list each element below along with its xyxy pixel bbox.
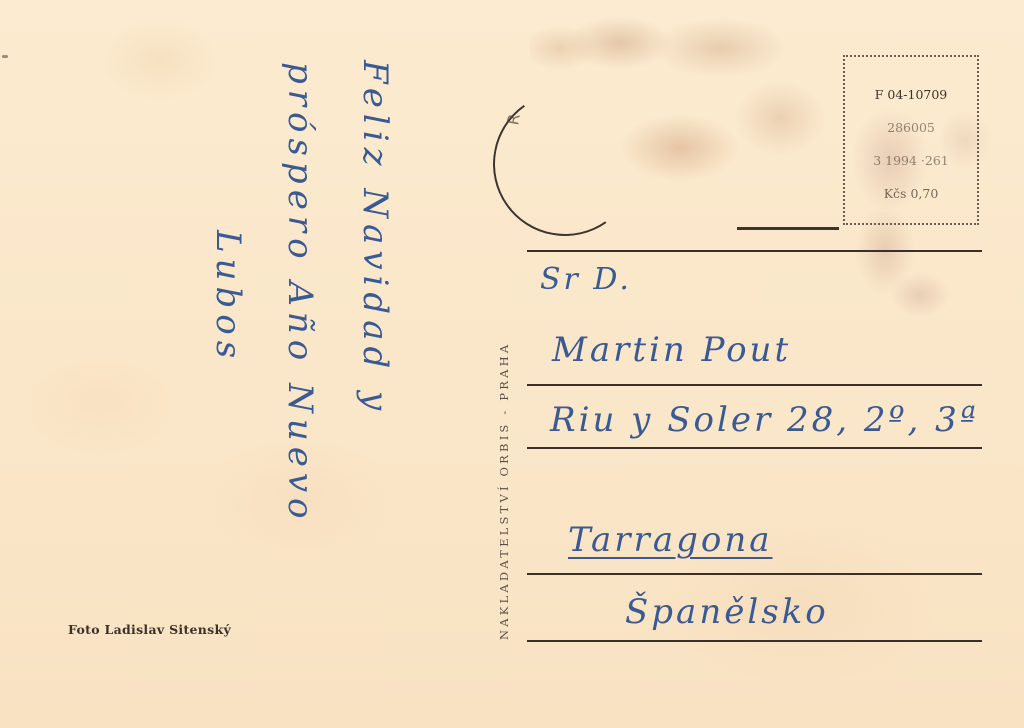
- message-line-2: próspero Año Nuevo: [280, 62, 320, 525]
- address-line-4: [527, 573, 982, 575]
- message-line-1: Feliz Navidad y: [355, 60, 395, 416]
- stamp-price: Kčs 0,70: [845, 186, 977, 201]
- address-line-1: [527, 250, 982, 252]
- recipient-city: Tarragona: [568, 520, 773, 560]
- photo-credit: Foto Ladislav Sitenský: [68, 622, 231, 637]
- ink-speck: [2, 55, 8, 58]
- stamp-code: F 04-10709: [845, 87, 977, 102]
- recipient-street: Riu y Soler 28, 2º, 3ª: [550, 400, 979, 440]
- postcard-back: R F 04-10709 286005 3 1994 ·261 Kčs 0,70…: [0, 0, 1024, 728]
- recipient-country: Španělsko: [625, 592, 829, 632]
- signature: Lubos: [208, 230, 248, 364]
- publisher-imprint: NAKLADATELSTVÍ ORBIS - PRAHA: [497, 342, 511, 640]
- postmark-bar: [737, 227, 839, 230]
- address-line-5: [527, 640, 982, 642]
- address-line-3: [527, 447, 982, 449]
- address-line-2: [527, 384, 982, 386]
- postmark-circle: [482, 81, 649, 248]
- stamp-box: F 04-10709 286005 3 1994 ·261 Kčs 0,70: [843, 55, 979, 225]
- stamp-number: 286005: [845, 120, 977, 135]
- address-title: Sr D.: [540, 262, 632, 297]
- stamp-year: 3 1994 ·261: [845, 153, 977, 168]
- recipient-name: Martin Pout: [552, 330, 791, 370]
